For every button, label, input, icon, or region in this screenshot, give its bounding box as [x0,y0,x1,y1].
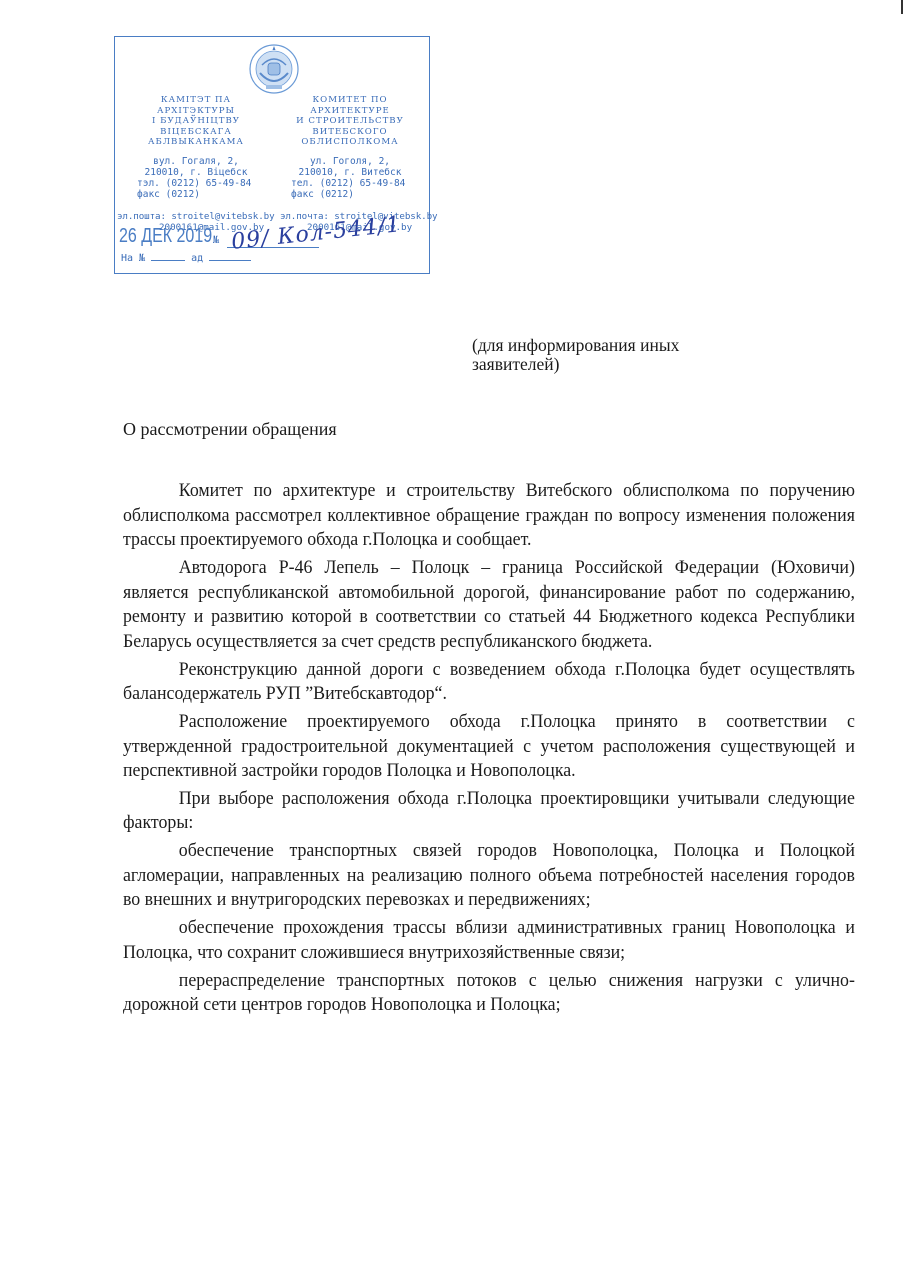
org-line: КОМИТЕТ ПО [275,95,425,106]
fax-line: факс (0212) [291,189,425,200]
org-line: И СТРОИТЕЛЬСТВУ [275,116,425,127]
addressee-line: заявителей) [472,355,772,374]
body-paragraph: обеспечение прохождения трассы вблизи ад… [123,916,855,965]
registration-date: 26 ДЕК 2019 [119,225,212,248]
body-paragraph: обеспечение транспортных связей городов … [123,839,855,913]
addressee-block: (для информирования иных заявителей) [472,336,772,374]
address-line: 210010, г. Витебск [291,167,425,178]
address-line: 210010, г. Віцебск [137,167,271,178]
address-line: ул. Гоголя, 2, [291,156,425,167]
reference-date-underline [209,260,251,261]
reference-underline [151,260,185,261]
fax-line: факс (0212) [137,189,271,200]
address-line: вул. Гогаля, 2, [137,156,271,167]
org-line: АРХІТЭКТУРЫ [121,106,271,117]
org-line: АБЛВЫКАНКАМА [121,137,271,148]
phone-line: тел. (0212) 65-49-84 [291,178,425,189]
number-label: № [213,235,219,246]
org-line: АРХИТЕКТУРЕ [275,106,425,117]
subject-line: О рассмотрении обращения [123,418,337,440]
body-paragraph: Автодорога Р-46 Лепель – Полоцк – границ… [123,556,855,654]
org-line: ОБЛИСПОЛКОМА [275,137,425,148]
reference-label: На № [121,253,145,264]
reference-line: На №ад [121,253,251,264]
phone-line: тэл. (0212) 65-49-84 [137,178,271,189]
reference-from-label: ад [191,253,203,264]
org-line: І БУДАЎНІЦТВУ [121,116,271,127]
coat-of-arms-icon [248,43,300,95]
body-paragraph: Реконструкцию данной дороги с возведение… [123,658,855,707]
letterhead-belarusian: КАМІТЭТ ПА АРХІТЭКТУРЫ І БУДАЎНІЦТВУ ВІЦ… [121,95,271,200]
org-line: КАМІТЭТ ПА [121,95,271,106]
org-line: ВІЦЕБСКАГА [121,127,271,138]
letter-body: Комитет по архитектуре и строительству В… [123,479,855,1021]
body-paragraph: Расположение проектируемого обхода г.Пол… [123,710,855,784]
body-paragraph: При выборе расположения обхода г.Полоцка… [123,787,855,836]
letterhead-stamp: КАМІТЭТ ПА АРХІТЭКТУРЫ І БУДАЎНІЦТВУ ВІЦ… [114,36,430,274]
page-edge-mark [901,0,903,14]
org-line: ВИТЕБСКОГО [275,127,425,138]
body-paragraph: перераспределение транспортных потоков с… [123,969,855,1018]
letterhead-russian: КОМИТЕТ ПО АРХИТЕКТУРЕ И СТРОИТЕЛЬСТВУ В… [275,95,425,200]
body-paragraph: Комитет по архитектуре и строительству В… [123,479,855,553]
addressee-line: (для информирования иных [472,336,772,355]
